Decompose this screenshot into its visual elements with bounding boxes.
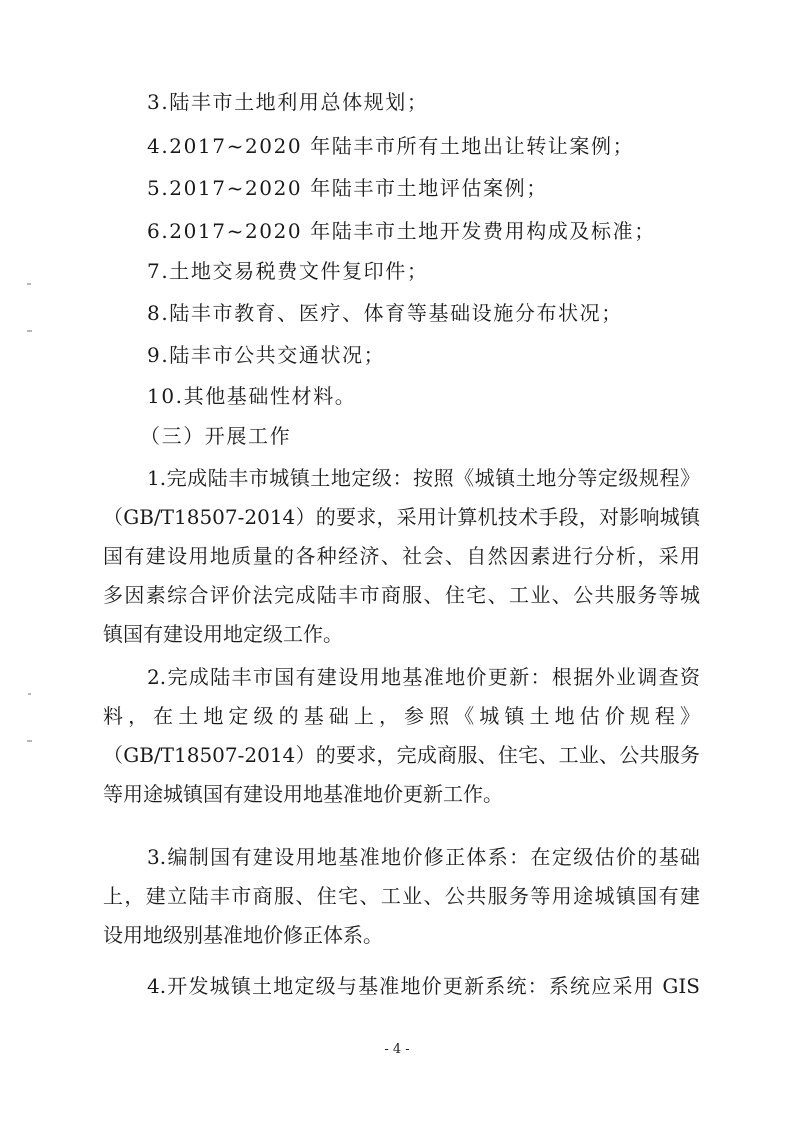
paragraph-line: 1.完成陆丰市城镇土地定级：按照《城镇土地分等定级规程》 bbox=[103, 466, 700, 505]
list-item: 7.土地交易税费文件复印件； bbox=[147, 259, 428, 283]
margin-mark bbox=[27, 740, 32, 742]
list-item: 3.陆丰市土地利用总体规划； bbox=[147, 90, 428, 114]
list-item: 6.2017~2020 年陆丰市土地开发费用构成及标准； bbox=[147, 219, 656, 243]
paragraph-4: 4.开发城镇土地定级与基准地价更新系统：系统应采用 GIS bbox=[103, 974, 700, 1013]
paragraph-line: （GB/T18507-2014）的要求，完成商服、住宅、工业、公共服务 bbox=[103, 743, 700, 782]
paragraph-line: 2.完成陆丰市国有建设用地基准地价更新：根据外业调查资 bbox=[103, 665, 700, 704]
section-heading: （三）开展工作 bbox=[140, 424, 291, 448]
margin-mark bbox=[27, 330, 32, 332]
margin-mark bbox=[28, 693, 31, 695]
paragraph-line: 上，建立陆丰市商服、住宅、工业、公共服务等用途城镇国有建 bbox=[103, 884, 700, 923]
paragraph-line: 3.编制国有建设用地基准地价修正体系：在定级估价的基础 bbox=[103, 845, 700, 884]
paragraph-3: 3.编制国有建设用地基准地价修正体系：在定级估价的基础 上，建立陆丰市商服、住宅… bbox=[103, 845, 700, 962]
paragraph-line: 等用途城镇国有建设用地基准地价更新工作。 bbox=[103, 782, 700, 821]
paragraph-line: 镇国有建设用地定级工作。 bbox=[103, 622, 700, 661]
paragraph-line: 料，在土地定级的基础上，参照《城镇土地估价规程》 bbox=[103, 704, 700, 743]
list-item: 9.陆丰市公共交通状况； bbox=[147, 343, 385, 367]
paragraph-line: 多因素综合评价法完成陆丰市商服、住宅、工业、公共服务等城 bbox=[103, 583, 700, 622]
list-item: 8.陆丰市教育、医疗、体育等基础设施分布状况； bbox=[147, 301, 623, 325]
paragraph-1: 1.完成陆丰市城镇土地定级：按照《城镇土地分等定级规程》 （GB/T18507-… bbox=[103, 466, 700, 661]
page-number: - 4 - bbox=[0, 1042, 794, 1057]
document-page: 3.陆丰市土地利用总体规划； 4.2017~2020 年陆丰市所有土地出让转让案… bbox=[0, 0, 794, 1123]
paragraph-line: 4.开发城镇土地定级与基准地价更新系统：系统应采用 GIS bbox=[103, 974, 700, 1013]
list-item: 5.2017~2020 年陆丰市土地评估案例； bbox=[147, 176, 548, 200]
paragraph-line: 国有建设用地质量的各种经济、社会、自然因素进行分析，采用 bbox=[103, 544, 700, 583]
paragraph-2: 2.完成陆丰市国有建设用地基准地价更新：根据外业调查资 料，在土地定级的基础上，… bbox=[103, 665, 700, 821]
list-item: 10.其他基础性材料。 bbox=[147, 384, 356, 408]
list-item: 4.2017~2020 年陆丰市所有土地出让转让案例； bbox=[147, 134, 634, 158]
paragraph-line: （GB/T18507-2014）的要求，采用计算机技术手段，对影响城镇 bbox=[103, 505, 700, 544]
margin-mark bbox=[27, 283, 31, 285]
paragraph-line: 设用地级别基准地价修正体系。 bbox=[103, 923, 700, 962]
